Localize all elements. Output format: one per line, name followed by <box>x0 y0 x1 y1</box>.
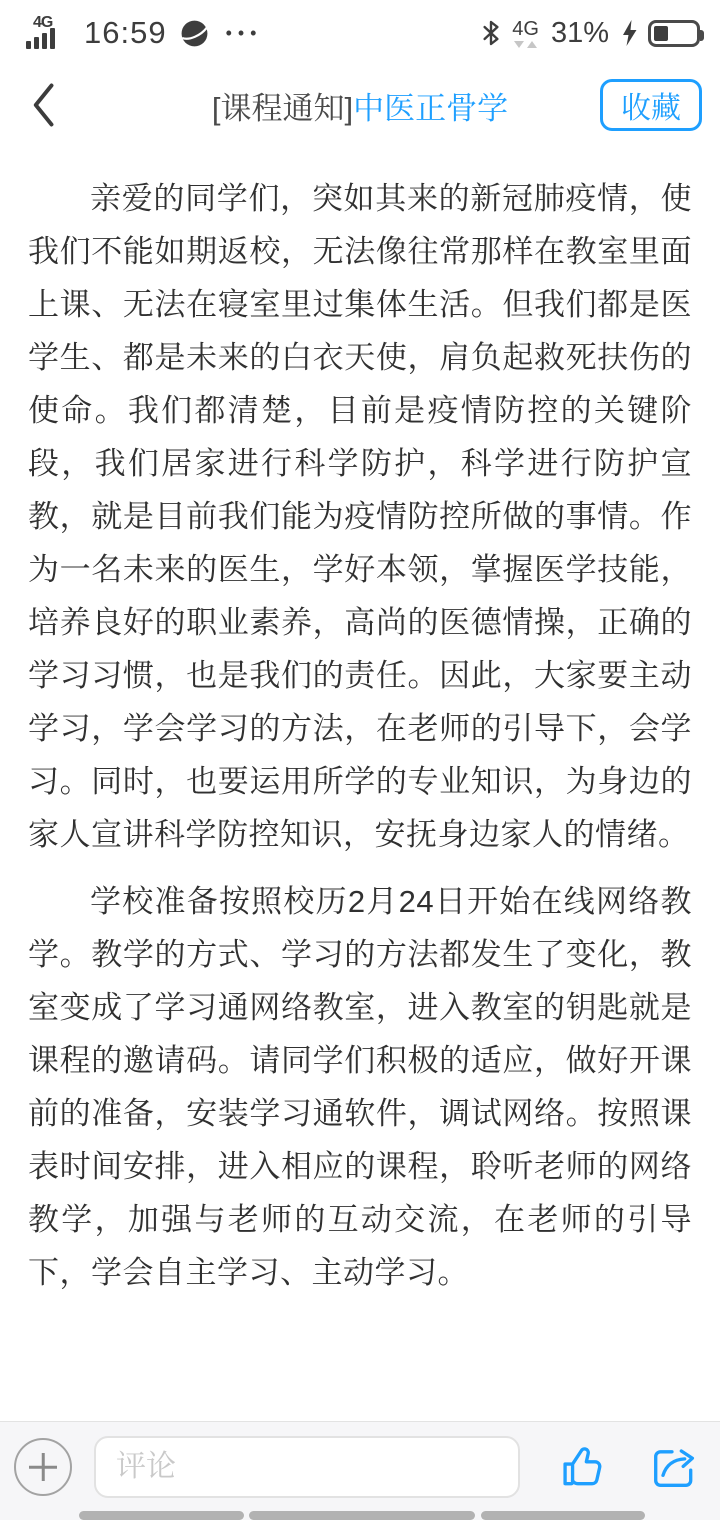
notice-type-label: [课程通知] <box>212 91 353 126</box>
network-type-label: 4G <box>512 19 539 39</box>
gesture-nav-bar <box>0 1511 720 1520</box>
nav-hint-left[interactable] <box>79 1511 244 1520</box>
status-left-cluster: 4G 16:59 ••• <box>26 14 262 52</box>
battery-fill-level <box>654 26 668 41</box>
share-button[interactable] <box>648 1442 698 1492</box>
nav-hint-center[interactable] <box>249 1511 475 1520</box>
app-screen: 4G 16:59 ••• 4G 31% <box>0 0 720 1520</box>
thumbs-up-icon <box>558 1442 608 1492</box>
signal-strength-icon: 4G <box>26 14 72 52</box>
planet-icon <box>179 18 210 49</box>
like-button[interactable] <box>558 1442 608 1492</box>
nav-bar: [课程通知]中医正骨学 收藏 <box>0 60 720 150</box>
mobile-network-indicator: 4G <box>512 19 539 48</box>
battery-percent-label: 31% <box>551 17 609 50</box>
clock-time: 16:59 <box>84 15 167 51</box>
notice-paragraph: 学校准备按照校历2月24日开始在线网络教学。教学的方式、学习的方法都发生了变化，… <box>28 875 692 1299</box>
nav-hint-right[interactable] <box>481 1511 645 1520</box>
ellipsis-icon: ••• <box>222 23 263 44</box>
lightning-bolt-icon <box>621 19 638 47</box>
comment-toolbar <box>0 1421 720 1520</box>
bluetooth-icon <box>480 18 502 48</box>
data-activity-arrows-icon <box>514 41 537 48</box>
share-arrow-icon <box>648 1442 698 1492</box>
signal-bars-icon <box>26 28 55 49</box>
notice-body: 亲爱的同学们，突如其来的新冠肺疫情，使我们不能如期返校，无法像往常那样在教室里面… <box>0 150 720 1421</box>
favorite-button[interactable]: 收藏 <box>600 79 702 131</box>
notice-paragraph: 亲爱的同学们，突如其来的新冠肺疫情，使我们不能如期返校，无法像往常那样在教室里面… <box>28 172 692 861</box>
battery-icon <box>648 20 700 47</box>
add-attachment-button[interactable] <box>14 1438 72 1496</box>
status-bar: 4G 16:59 ••• 4G 31% <box>0 0 720 60</box>
course-name-link: 中医正骨学 <box>353 91 508 126</box>
comment-input[interactable] <box>94 1436 520 1498</box>
status-right-cluster: 4G 31% <box>480 17 700 50</box>
